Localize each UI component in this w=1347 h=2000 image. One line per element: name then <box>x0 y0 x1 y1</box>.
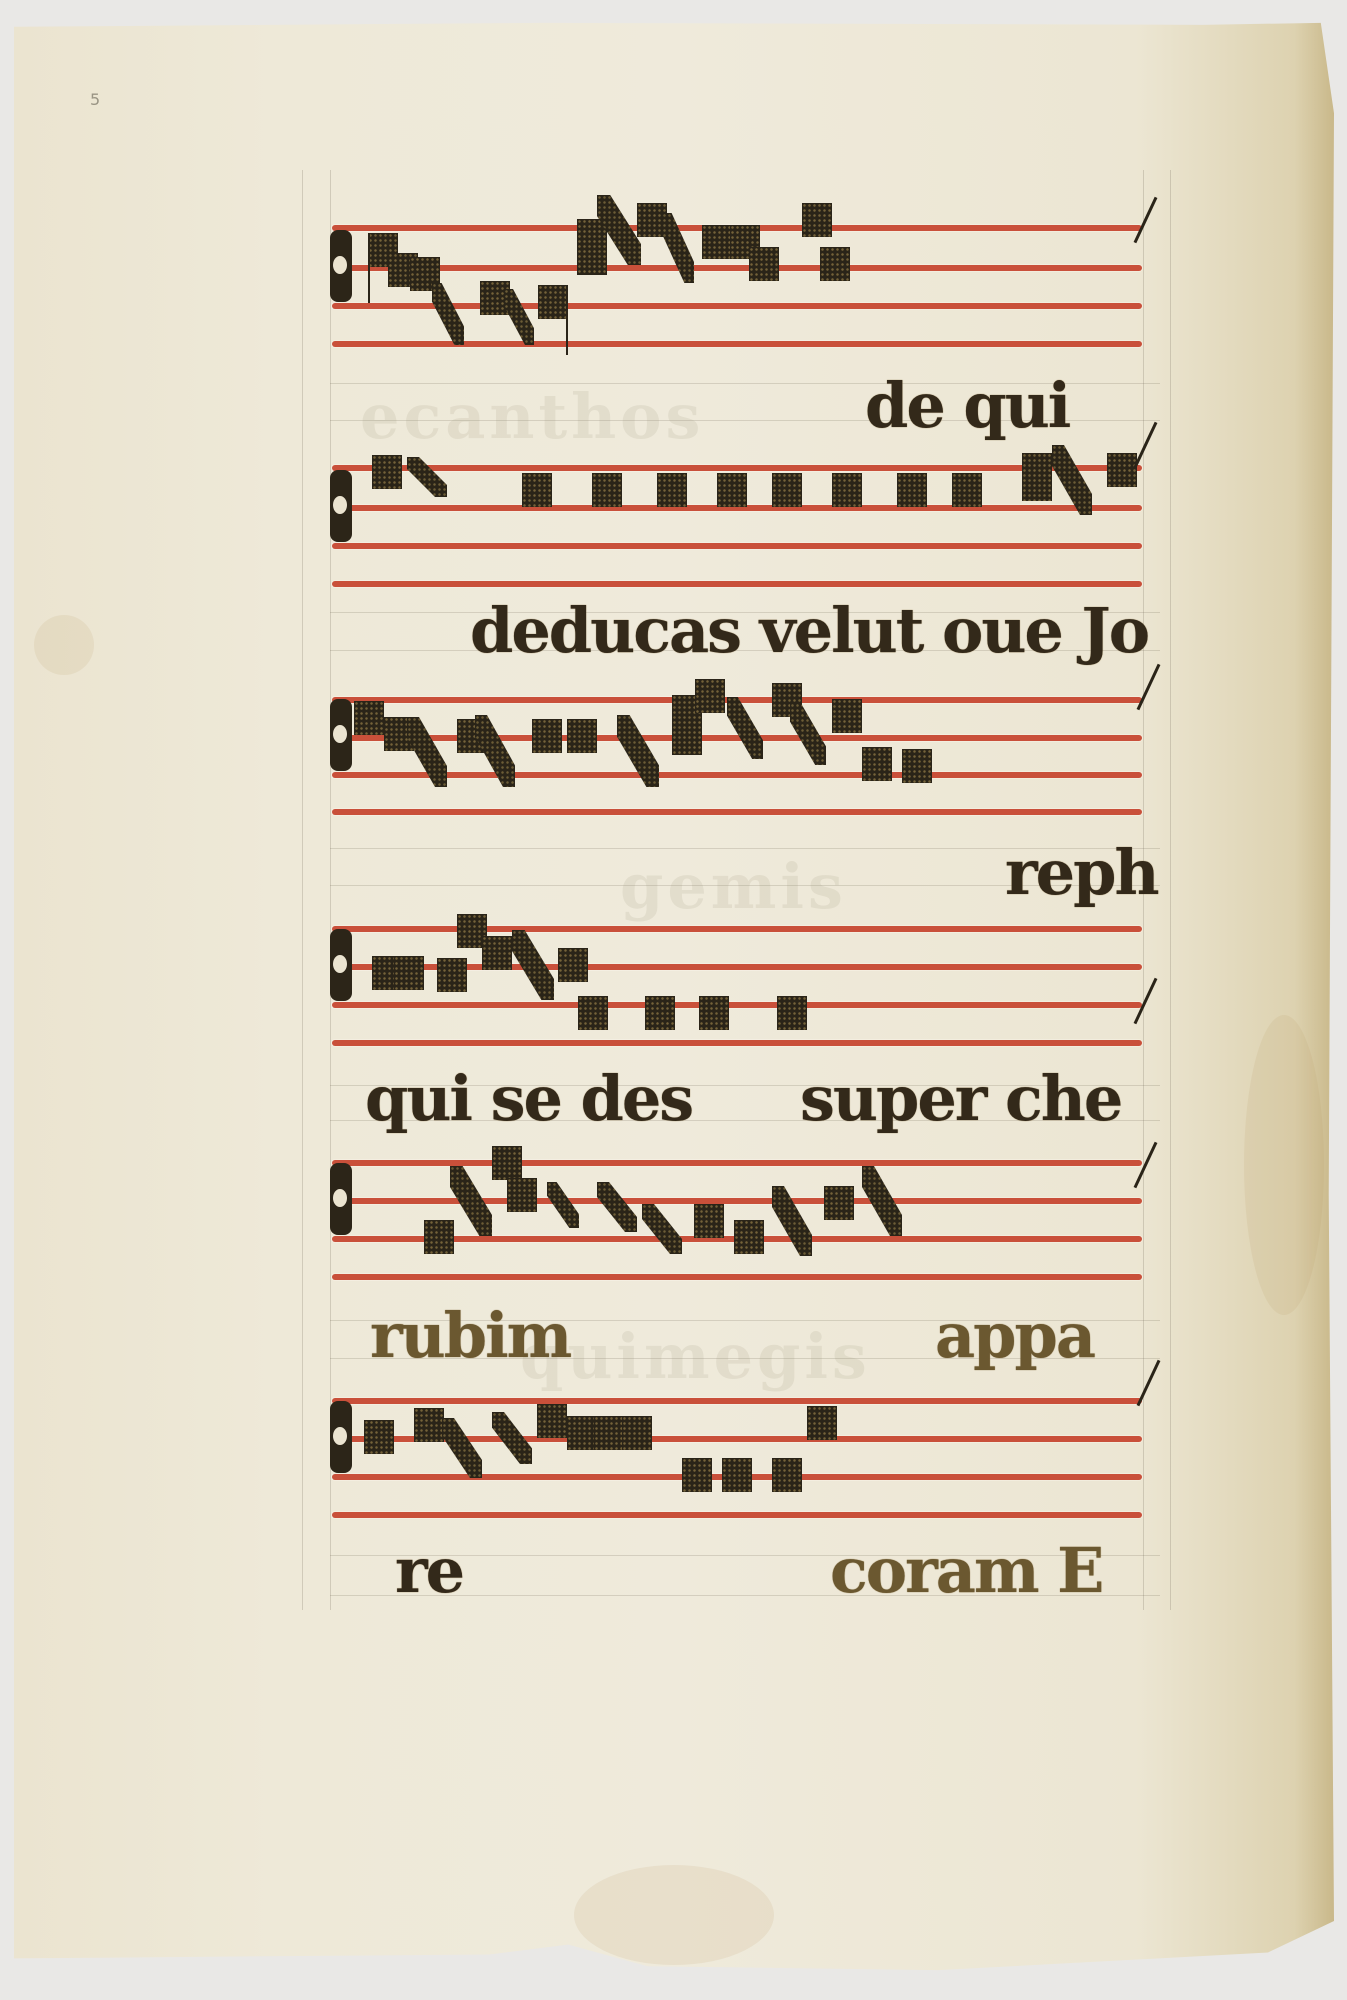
lyric-line-5b: appa <box>935 1305 1094 1367</box>
neume <box>694 1204 724 1238</box>
neume <box>657 473 687 507</box>
neume <box>832 699 862 733</box>
lyric-line-1: de qui <box>865 375 1069 437</box>
neume <box>832 473 862 507</box>
neume <box>364 1420 394 1454</box>
neume <box>699 996 729 1030</box>
staff-line <box>332 1512 1142 1518</box>
c-clef-icon <box>330 699 352 771</box>
c-clef-icon <box>330 1163 352 1235</box>
neume <box>717 473 747 507</box>
bleed-through-text: gemis <box>620 850 847 923</box>
neume <box>749 247 779 281</box>
neume <box>354 701 384 735</box>
neume <box>567 1416 597 1450</box>
c-clef-icon <box>330 1401 352 1473</box>
bleed-through-text: ecanthos <box>360 380 704 453</box>
neume <box>592 473 622 507</box>
margin-ruling <box>302 170 303 1610</box>
neume <box>372 455 402 489</box>
neume <box>1107 453 1137 487</box>
lyric-line-4b: super che <box>800 1068 1121 1130</box>
folio-pencil-mark: 5 <box>90 90 100 109</box>
neume <box>772 473 802 507</box>
staff-4 <box>332 926 1142 1046</box>
neume-ligature <box>504 289 534 345</box>
neume <box>538 285 568 319</box>
stain <box>1244 1015 1324 1315</box>
staff-3 <box>332 697 1142 817</box>
neume <box>594 1416 624 1450</box>
lyric-line-5a: rubim <box>370 1305 570 1367</box>
staff-2 <box>332 465 1142 585</box>
staff-line <box>332 1002 1142 1008</box>
neume-stem <box>566 285 568 355</box>
neume <box>522 473 552 507</box>
margin-ruling <box>330 170 331 1610</box>
staff-line <box>332 265 1142 271</box>
c-clef-icon <box>330 230 352 302</box>
staff-line <box>332 809 1142 815</box>
neume <box>820 247 850 281</box>
neume <box>824 1186 854 1220</box>
neume <box>482 936 512 970</box>
staff-line <box>332 735 1142 741</box>
bleed-through-text: quimegis <box>520 1320 871 1393</box>
stain <box>34 615 94 675</box>
neume-ligature <box>442 1418 482 1478</box>
staff-6 <box>332 1398 1142 1518</box>
staff-line <box>332 926 1142 932</box>
neume <box>702 225 732 259</box>
neume <box>952 473 982 507</box>
neume <box>777 996 807 1030</box>
neume <box>722 1458 752 1492</box>
neume-ligature <box>727 697 763 759</box>
neume <box>424 1220 454 1254</box>
neume <box>802 203 832 237</box>
lyric-line-3: reph <box>1005 842 1158 904</box>
staff-line <box>332 543 1142 549</box>
neume <box>645 996 675 1030</box>
lyric-line-2: deducas velut oue Jo <box>470 600 1148 662</box>
neume <box>897 473 927 507</box>
staff-1 <box>332 225 1142 345</box>
neume <box>532 719 562 753</box>
neume <box>682 1458 712 1492</box>
neume-ligature <box>547 1182 579 1228</box>
staff-line <box>332 581 1142 587</box>
margin-ruling <box>1170 170 1171 1610</box>
neume <box>414 1408 444 1442</box>
neume <box>577 219 607 275</box>
neume <box>622 1416 652 1450</box>
neume <box>492 1146 522 1180</box>
staff-5 <box>332 1160 1142 1280</box>
neume <box>1022 453 1052 501</box>
neume-ligature <box>772 1186 812 1256</box>
lyric-line-6a: re <box>395 1540 463 1602</box>
neume <box>772 1458 802 1492</box>
neume <box>578 996 608 1030</box>
lyric-line-6b: coram E <box>830 1540 1102 1602</box>
neume <box>862 747 892 781</box>
staff-line <box>332 1274 1142 1280</box>
neume <box>567 719 597 753</box>
staff-line <box>332 1040 1142 1046</box>
neume <box>695 679 725 713</box>
neume-ligature <box>790 703 826 765</box>
neume <box>558 948 588 982</box>
staff-line <box>332 1398 1142 1404</box>
stain <box>574 1865 774 1965</box>
neume <box>734 1220 764 1254</box>
neume-ligature <box>597 1182 637 1232</box>
neume-ligature <box>432 283 464 345</box>
neume <box>807 1406 837 1440</box>
neume <box>507 1178 537 1212</box>
lyric-line-4a: qui se des <box>365 1068 692 1130</box>
c-clef-icon <box>330 470 352 542</box>
staff-line <box>332 772 1142 778</box>
staff-line <box>332 1198 1142 1204</box>
neume <box>394 956 424 990</box>
staff-line <box>332 465 1142 471</box>
neume-stem <box>368 233 370 303</box>
neume <box>902 749 932 783</box>
c-clef-icon <box>330 929 352 1001</box>
neume <box>537 1404 567 1438</box>
neume-ligature <box>642 1204 682 1254</box>
staff-line <box>332 1160 1142 1166</box>
neume <box>437 958 467 992</box>
